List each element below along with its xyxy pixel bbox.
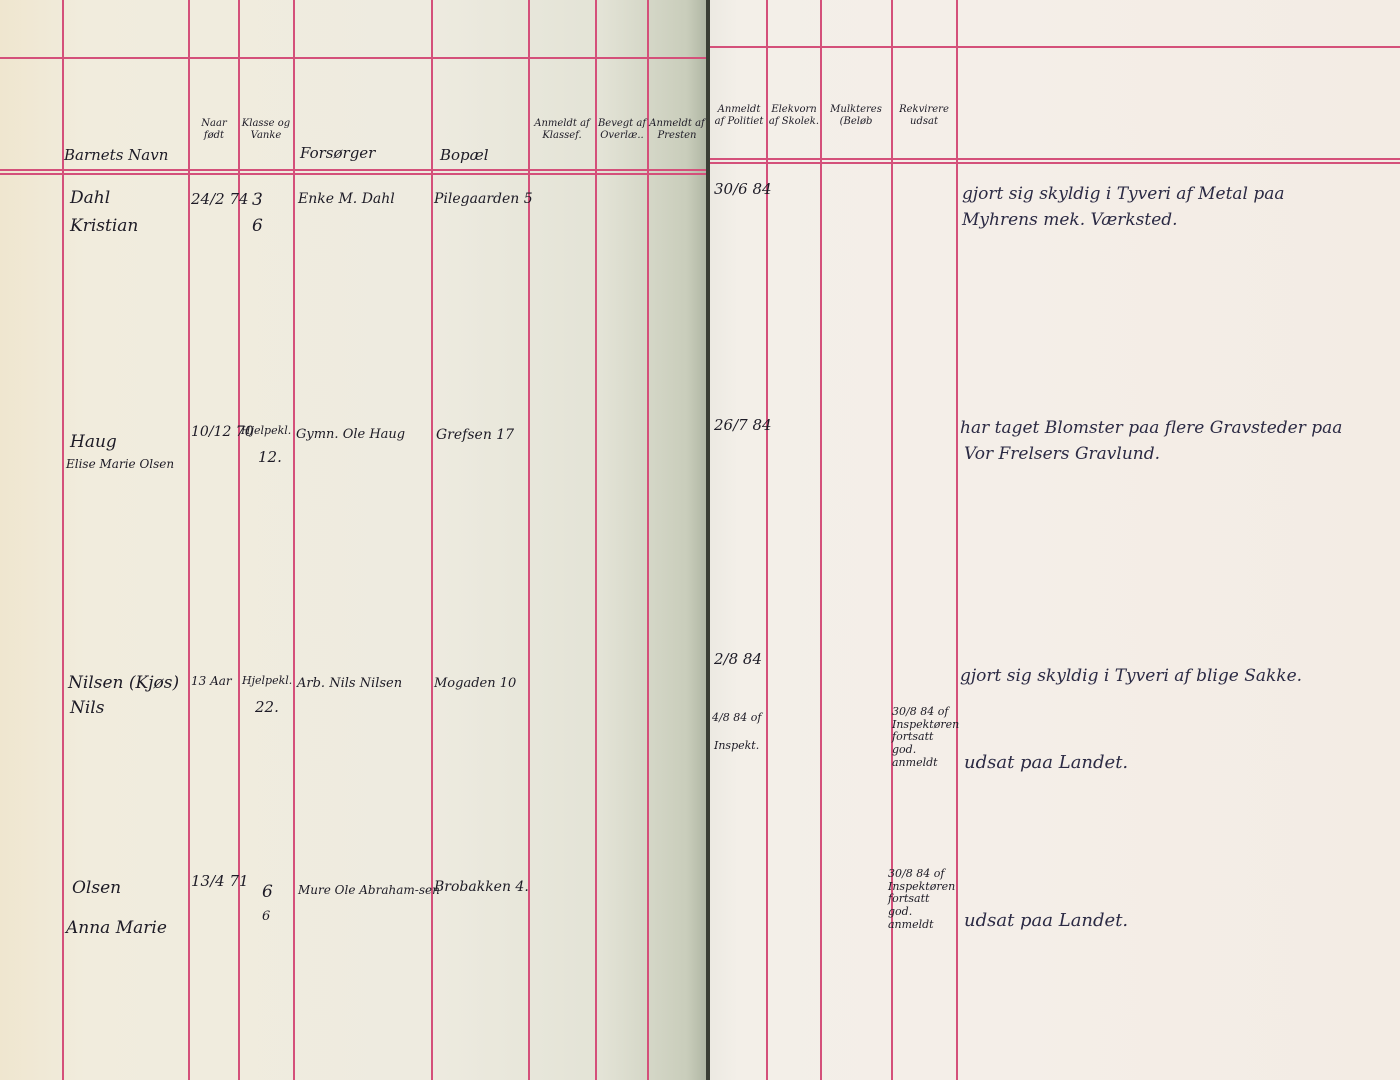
header-residence: Bopæl (440, 148, 489, 163)
left-ledger-page: Barnets Navn Naar født Klasse og Vanke F… (0, 0, 708, 1080)
column-rule (293, 0, 295, 1080)
row-4-born: 13/4 71 (191, 874, 249, 889)
header-disposed: Rekvirere udsat (893, 104, 955, 127)
row-3-class-no: 22. (255, 700, 279, 715)
header-born: Naar født (190, 118, 238, 141)
column-rule (766, 0, 768, 1080)
row-3-residence: Mogaden 10 (434, 677, 516, 690)
row-3-disposed: 30/8 84 of Inspektøren fortsatt god. anm… (892, 706, 956, 769)
row-4-residence: Brobakken 4. (434, 880, 529, 894)
top-rule (710, 46, 1400, 48)
row-2-given-name: Elise Marie Olsen (66, 458, 174, 470)
header-rule-upper (710, 158, 1400, 160)
row-4-surname: Olsen (72, 880, 121, 897)
header-guardian: Forsørger (300, 146, 375, 161)
header-reported-class: Anmeldt af Klassef. (530, 118, 594, 141)
row-4-class: 6 (262, 884, 273, 901)
row-1-remark-line-1: gjort sig skyldig i Tyveri af Metal paa (962, 186, 1285, 203)
header-fine: Mulkteres (Beløb (822, 104, 890, 127)
header-rule-upper (0, 169, 708, 171)
column-rule (431, 0, 433, 1080)
row-3-police-note: Inspekt. (714, 740, 759, 753)
row-2-remark-line-2: Vor Frelsers Gravlund. (964, 446, 1160, 463)
row-3-born: 13 Aar (191, 675, 232, 687)
row-1-remark-line-2: Myhrens mek. Værksted. (962, 212, 1178, 229)
row-4-given-name: Anna Marie (66, 920, 167, 937)
column-rule (820, 0, 822, 1080)
header-school: Elekvorn af Skolek. (768, 104, 820, 127)
row-1-police-date: 30/6 84 (714, 182, 772, 197)
row-1-class: 3 (252, 192, 263, 209)
row-2-remark-line-1: har taget Blomster paa flere Gravsteder … (960, 420, 1342, 437)
column-rule (595, 0, 597, 1080)
row-2-residence: Grefsen 17 (436, 428, 514, 442)
row-3-surname: Nilsen (Kjøs) (68, 675, 179, 692)
header-reported-police: Anmeldt af Politiet (712, 104, 766, 127)
header-rule-lower (0, 173, 708, 175)
row-4-remark-line-1: udsat paa Landet. (964, 912, 1128, 930)
row-2-class: Hjelpekl. (241, 425, 291, 436)
row-2-police-date: 26/7 84 (714, 418, 772, 433)
row-4-class-no: 6 (262, 910, 270, 923)
top-rule (0, 57, 708, 59)
column-rule (188, 0, 190, 1080)
row-3-remark-line-2: udsat paa Landet. (964, 754, 1128, 772)
column-rule (238, 0, 240, 1080)
header-reported-priest: Anmeldt af Presten (649, 118, 705, 141)
row-2-surname: Haug (70, 434, 117, 451)
row-3-remark-line-1: gjort sig skyldig i Tyveri af blige Sakk… (960, 668, 1302, 685)
row-1-class-no: 6 (252, 218, 263, 235)
row-1-given-name: Kristian (70, 218, 138, 235)
column-rule (956, 0, 958, 1080)
column-rule (528, 0, 530, 1080)
header-child-name: Barnets Navn (64, 148, 168, 163)
row-3-police-date: 2/8 84 (714, 652, 762, 667)
row-4-disposed: 30/8 84 of Inspektøren fortsatt god. anm… (888, 868, 956, 931)
right-ledger-page: Anmeldt af Politiet Elekvorn af Skolek. … (710, 0, 1400, 1080)
header-rule-lower (710, 162, 1400, 164)
row-3-class: Hjelpekl. (242, 675, 292, 686)
row-2-class-no: 12. (258, 450, 282, 465)
header-reported-board: Bevegt af Overlæ.. (597, 118, 647, 141)
row-3-guardian: Arb. Nils Nilsen (297, 677, 402, 690)
column-rule (647, 0, 649, 1080)
row-4-guardian: Mure Ole Abraham-sen (298, 884, 440, 896)
header-class: Klasse og Vanke (240, 118, 292, 141)
row-1-surname: Dahl (70, 190, 110, 207)
row-1-residence: Pilegaarden 5 (434, 192, 533, 206)
row-3-given-name: Nils (70, 700, 104, 717)
row-2-guardian: Gymn. Ole Haug (296, 428, 405, 441)
row-3-police-date-2: 4/8 84 of (712, 712, 761, 725)
row-1-guardian: Enke M. Dahl (298, 192, 395, 206)
row-1-born: 24/2 74 (191, 192, 249, 207)
